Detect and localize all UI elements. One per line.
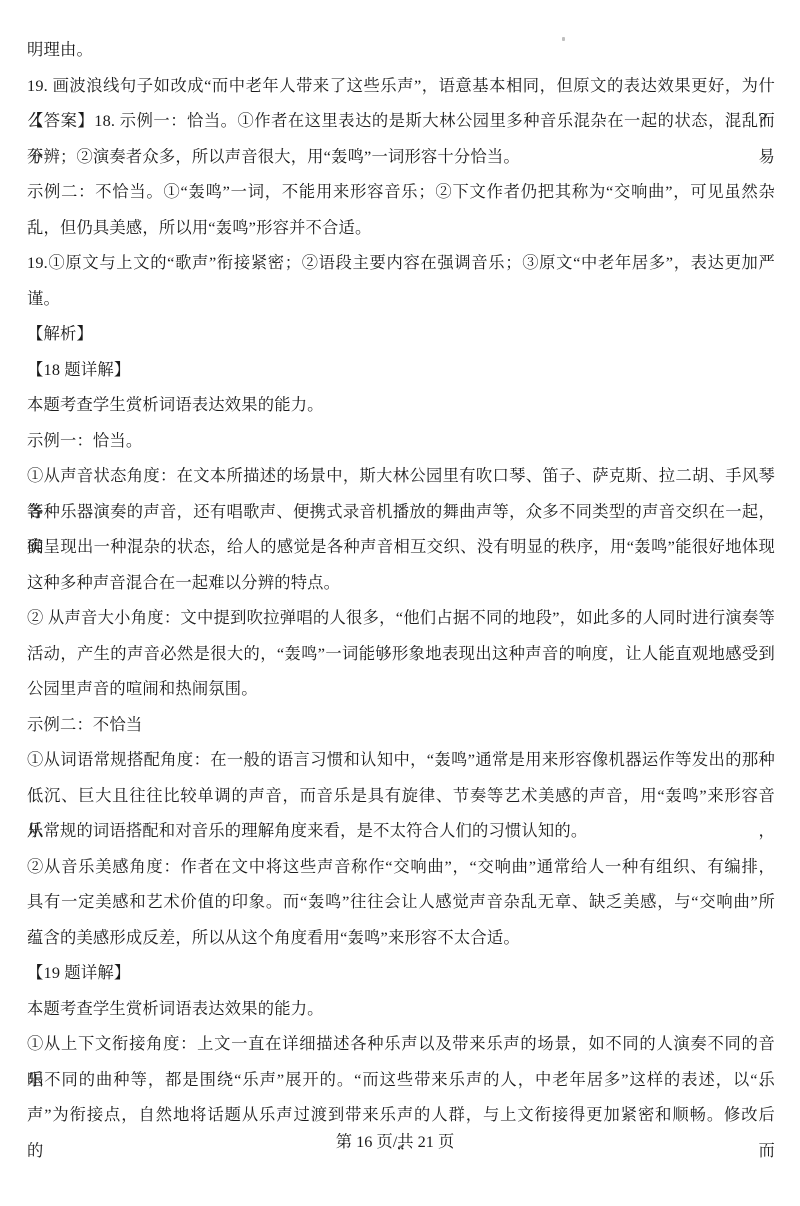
text-line: 蕴含的美感形成反差，所以从这个角度看用“轰鸣”来形容不太合适。 (27, 920, 775, 956)
page-footer: 第 16 页/共 21 页 (0, 1128, 790, 1156)
text-line: 【答案】18. 示例一：恰当。①作者在这里表达的是斯大林公园里多种音乐混杂在一起… (27, 103, 775, 139)
text-line: ①从声音状态角度：在文本所描述的场景中，斯大林公园里有吹口琴、笛子、萨克斯、拉二… (27, 458, 775, 494)
text-line: 19.①原文与上文的“歌声”衔接紧密；②语段主要内容在强调音乐；③原文“中老年居… (27, 245, 775, 281)
text-line: 乱，但仍具美感，所以用“轰鸣”形容并不合适。 (27, 210, 775, 246)
text-line: 19. 画波浪线句子如改成“而中老年人带来了这些乐声”，语意基本相同，但原文的表… (27, 68, 775, 104)
text-line: 本题考查学生赏析词语表达效果的能力。 (27, 991, 775, 1027)
text-line: 明理由。 (27, 32, 775, 68)
text-line: 【18 题详解】 (27, 352, 775, 388)
text-line: ②从音乐美感角度：作者在文中将这些声音称作“交响曲”，“交响曲”通常给人一种有组… (27, 849, 775, 885)
text-line: 示例二：不恰当。①“轰鸣”一词，不能用来形容音乐；②下文作者仍把其称为“交响曲”… (27, 174, 775, 210)
text-line: 谨。 (27, 281, 775, 317)
text-line: 实呈现出一种混杂的状态，给人的感觉是各种声音相互交织、没有明显的秩序，用“轰鸣”… (27, 529, 775, 565)
text-line: 【19 题详解】 (27, 955, 775, 991)
text-line: 具有一定美感和艺术价值的印象。而“轰鸣”往往会让人感觉声音杂乱无章、缺乏美感，与… (27, 884, 775, 920)
text-line: 活动，产生的声音必然是很大的，“轰鸣”一词能够形象地表现出这种声音的响度，让人能… (27, 636, 775, 672)
text-line: 本题考查学生赏析词语表达效果的能力。 (27, 387, 775, 423)
text-line: ①从上下文衔接角度：上文一直在详细描述各种乐声以及带来乐声的场景，如不同的人演奏… (27, 1026, 775, 1062)
text-line: 示例一：恰当。 (27, 423, 775, 459)
text-line: 低沉、巨大且往往比较单调的声音，而音乐是具有旋律、节奏等艺术美感的声音，用“轰鸣… (27, 778, 775, 814)
text-line: 唱不同的曲种等，都是围绕“乐声”展开的。“而这些带来乐声的人，中老年居多”这样的… (27, 1062, 775, 1098)
text-line: ② 从声音大小角度：文中提到吹拉弹唱的人很多，“他们占据不同的地段”，如此多的人… (27, 600, 775, 636)
document-page: 明理由。19. 画波浪线句子如改成“而中老年人带来了这些乐声”，语意基本相同，但… (0, 0, 800, 1206)
text-line: 示例二：不恰当 (27, 707, 775, 743)
text-line: 公园里声音的喧闹和热闹氛围。 (27, 671, 775, 707)
text-line: 这种多种声音混合在一起难以分辨的特点。 (27, 565, 775, 601)
text-line: 【解析】 (27, 316, 775, 352)
text-line: ①从词语常规搭配角度：在一般的语言习惯和认知中，“轰鸣”通常是用来形容像机器运作… (27, 742, 775, 778)
text-line: 各种乐器演奏的声音，还有唱歌声、便携式录音机播放的舞曲声等，众多不同类型的声音交… (27, 494, 775, 530)
document-body: 明理由。19. 画波浪线句子如改成“而中老年人带来了这些乐声”，语意基本相同，但… (27, 32, 775, 1133)
